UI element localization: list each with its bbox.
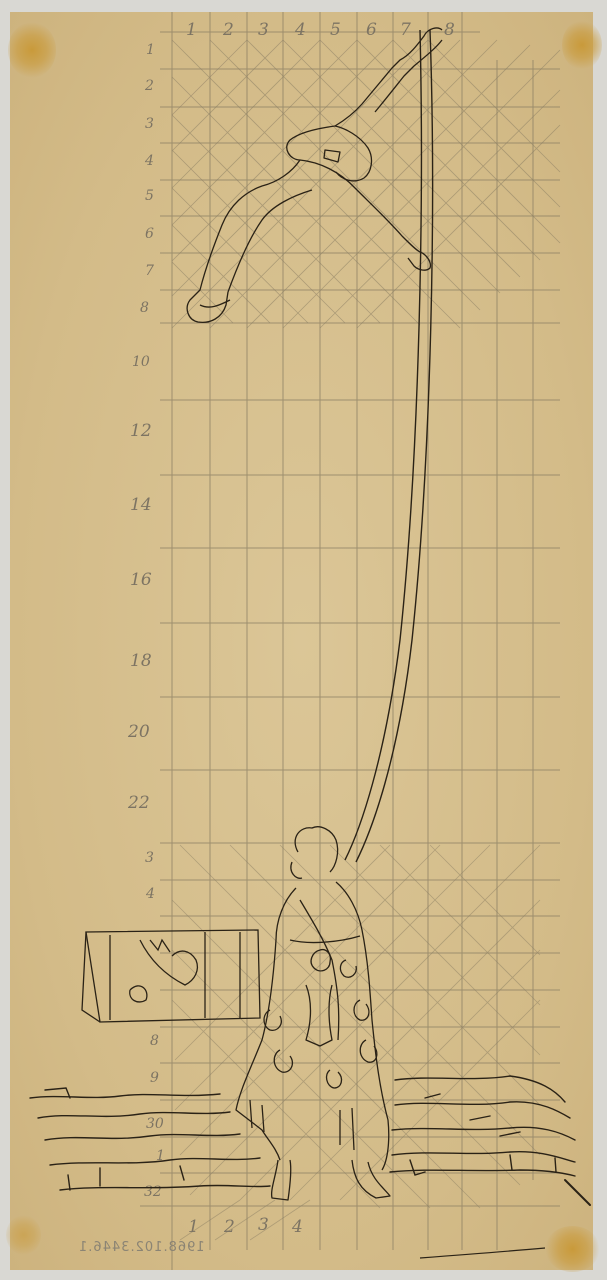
svg-text:12: 12 <box>130 421 152 441</box>
svg-text:16: 16 <box>130 570 152 590</box>
svg-text:1: 1 <box>146 42 155 58</box>
svg-text:2: 2 <box>223 1217 235 1237</box>
svg-text:6: 6 <box>366 20 377 40</box>
svg-text:4: 4 <box>291 1217 303 1237</box>
svg-text:4: 4 <box>144 153 154 169</box>
svg-text:22: 22 <box>127 793 150 813</box>
diagonal-grid-lower <box>172 845 540 1240</box>
svg-text:10: 10 <box>132 354 150 370</box>
row-labels-upper: 1 2 3 4 5 6 7 8 <box>140 42 155 316</box>
drawing-canvas: 1 2 3 4 5 6 7 8 1 2 3 4 5 6 7 8 10 12 14… <box>0 0 607 1280</box>
svg-text:5: 5 <box>330 20 341 40</box>
svg-text:7: 7 <box>400 20 411 40</box>
svg-text:4: 4 <box>294 20 306 40</box>
svg-text:32: 32 <box>144 1184 162 1200</box>
pencil-grid <box>140 12 560 1270</box>
svg-text:6: 6 <box>145 226 154 242</box>
svg-text:8: 8 <box>150 1033 159 1049</box>
svg-text:4: 4 <box>145 886 155 902</box>
mirrored-accession-number: 1968.102.3446.1 <box>78 1240 205 1255</box>
svg-text:30: 30 <box>146 1116 164 1132</box>
svg-text:14: 14 <box>130 495 152 515</box>
svg-text:2: 2 <box>222 20 234 40</box>
svg-text:1: 1 <box>186 20 197 40</box>
folding-screen <box>82 930 260 1022</box>
svg-text:8: 8 <box>140 300 149 316</box>
ground-planks <box>30 1076 590 1205</box>
balancing-pole <box>345 30 433 862</box>
svg-text:2: 2 <box>144 78 154 94</box>
svg-text:8: 8 <box>444 20 455 40</box>
svg-text:20: 20 <box>127 722 150 742</box>
standing-robed-figure <box>236 827 390 1200</box>
svg-text:9: 9 <box>150 1070 159 1086</box>
bottom-ink-line <box>420 1248 545 1258</box>
svg-text:1: 1 <box>188 1217 199 1237</box>
svg-text:3: 3 <box>145 850 154 866</box>
svg-text:3: 3 <box>145 116 154 132</box>
svg-text:18: 18 <box>130 651 152 671</box>
row-labels-main: 10 12 14 16 18 20 22 <box>127 354 152 813</box>
column-labels-bottom: 1 2 3 4 <box>188 1215 303 1237</box>
row-labels-lower: 3 4 8 9 30 1 32 <box>144 850 165 1200</box>
svg-text:7: 7 <box>145 263 154 279</box>
svg-text:3: 3 <box>258 1215 269 1235</box>
svg-text:3: 3 <box>258 20 269 40</box>
svg-text:5: 5 <box>145 188 154 204</box>
